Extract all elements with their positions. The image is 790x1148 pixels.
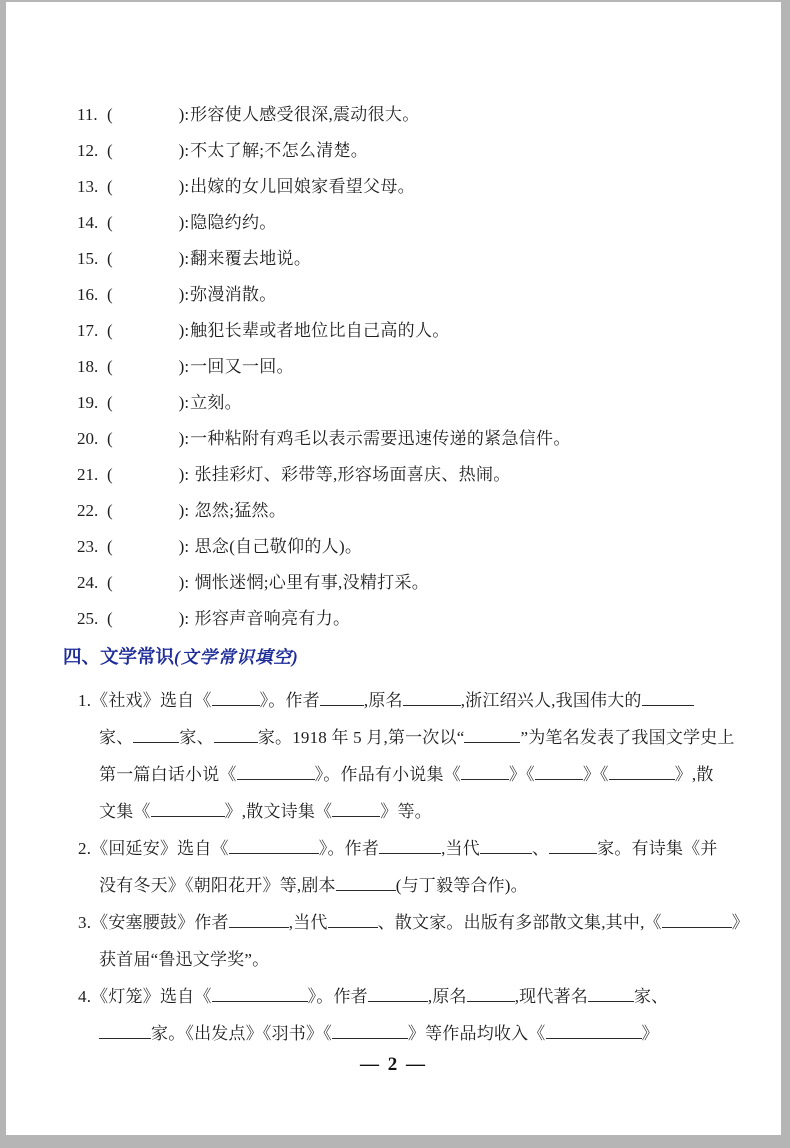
close-paren-colon: ): xyxy=(179,241,189,277)
open-paren: ( xyxy=(107,205,113,241)
answer-blank xyxy=(609,764,675,780)
question-text: 《灯笼》选自《 xyxy=(91,987,211,1006)
definition-item: 23.(): 思念(自己敬仰的人)。 xyxy=(77,529,757,565)
question-number: 2. xyxy=(78,830,91,867)
definition-item: 20.():一种粘附有鸡毛以表示需要迅速传递的紧急信件。 xyxy=(77,421,757,457)
question-text: 》《 xyxy=(509,765,535,784)
definition-text: 形容声音响亮有力。 xyxy=(190,609,350,628)
answer-blank xyxy=(229,838,319,854)
question-line: 没有冬天》《朝阳花开》等,剧本(与丁毅等合作)。 xyxy=(78,867,758,904)
definition-text: 思念(自己敬仰的人)。 xyxy=(190,537,362,556)
answer-blank xyxy=(662,912,732,928)
section-header: 四、文学常识(文学常识填空) xyxy=(63,643,299,669)
answer-blank xyxy=(212,986,308,1002)
answer-blank xyxy=(212,690,260,706)
question-text: 》等作品均收入《 xyxy=(408,1024,546,1043)
definition-item: 14.():隐隐约约。 xyxy=(77,205,757,241)
definition-number: 25. xyxy=(77,601,107,637)
question-text: 》等。 xyxy=(380,802,432,821)
answer-blank xyxy=(588,986,634,1002)
answer-blank xyxy=(237,764,315,780)
definition-item: 17.():触犯长辈或者地位比自己高的人。 xyxy=(77,313,757,349)
open-paren: ( xyxy=(107,349,113,385)
question-text: ,原名 xyxy=(364,691,403,710)
question-text: 家。《出发点》《羽书》《 xyxy=(151,1024,332,1043)
definition-text: 立刻。 xyxy=(190,393,242,412)
question-line: 获首届“鲁迅文学奖”。 xyxy=(78,941,758,978)
question-text: 家、 xyxy=(634,987,668,1006)
question-line: 2.《回延安》选自《》。作者,当代、家。有诗集《并 xyxy=(78,830,758,867)
question-line: 3.《安塞腰鼓》作者,当代、散文家。出版有多部散文集,其中,《》 xyxy=(78,904,758,941)
open-paren: ( xyxy=(107,241,113,277)
question-number: 4. xyxy=(78,978,91,1015)
section-title: 四、文学常识 xyxy=(63,648,174,668)
question-text: 》。作者 xyxy=(260,691,320,710)
question-text: 》,散 xyxy=(675,765,714,784)
question-line: 文集《》,散文诗集《》等。 xyxy=(78,793,758,830)
answer-blank xyxy=(549,838,597,854)
close-paren-colon: ): xyxy=(179,277,189,313)
question-text: 《社戏》选自《 xyxy=(91,691,211,710)
close-paren-colon: ): xyxy=(179,169,189,205)
definition-item: 16.():弥漫消散。 xyxy=(77,277,757,313)
answer-blank xyxy=(464,727,520,743)
answer-blank xyxy=(328,912,378,928)
open-paren: ( xyxy=(107,565,113,601)
page-number-text: — 2 — xyxy=(360,1054,427,1075)
question-text: (与丁毅等合作)。 xyxy=(396,876,528,895)
definition-text: 翻来覆去地说。 xyxy=(190,249,311,268)
definition-number: 18. xyxy=(77,349,107,385)
question-number: 1. xyxy=(78,682,91,719)
answer-blank xyxy=(642,690,694,706)
answer-blank xyxy=(480,838,532,854)
definition-item: 21.(): 张挂彩灯、彩带等,形容场面喜庆、热闹。 xyxy=(77,457,757,493)
question-text: 没有冬天》《朝阳花开》等,剧本 xyxy=(99,876,336,895)
answer-blank xyxy=(336,875,396,891)
answer-blank xyxy=(535,764,583,780)
definition-number: 21. xyxy=(77,457,107,493)
close-paren-colon: ): xyxy=(179,457,189,493)
question-text: 》。作品有小说集《 xyxy=(315,765,461,784)
definition-number: 11. xyxy=(77,97,107,133)
definition-number: 17. xyxy=(77,313,107,349)
page-number: — 2 — xyxy=(6,1054,781,1076)
question-text: ,现代著名 xyxy=(515,987,588,1006)
definition-number: 20. xyxy=(77,421,107,457)
answer-blank xyxy=(546,1023,642,1039)
definition-number: 16. xyxy=(77,277,107,313)
definition-item: 11.():形容使人感受很深,震动很大。 xyxy=(77,97,757,133)
answer-blank xyxy=(332,801,380,817)
definition-number: 13. xyxy=(77,169,107,205)
answer-blank xyxy=(461,764,509,780)
open-paren: ( xyxy=(107,97,113,133)
definitions-list: 11.():形容使人感受很深,震动很大。12.():不太了解;不怎么清楚。13.… xyxy=(77,97,757,637)
questions-list: 1.《社戏》选自《》。作者,原名,浙江绍兴人,我国伟大的家、家、家。1918 年… xyxy=(78,682,758,1052)
answer-blank xyxy=(229,912,289,928)
answer-blank xyxy=(99,1023,151,1039)
close-paren-colon: ): xyxy=(179,601,189,637)
open-paren: ( xyxy=(107,277,113,313)
open-paren: ( xyxy=(107,493,113,529)
close-paren-colon: ): xyxy=(179,421,189,457)
answer-blank xyxy=(133,727,179,743)
question-text: ,当代 xyxy=(289,913,328,932)
question-text: 》。作者 xyxy=(319,839,379,858)
question-text: 》,散文诗集《 xyxy=(225,802,333,821)
close-paren-colon: ): xyxy=(179,97,189,133)
definition-item: 22.(): 忽然;猛然。 xyxy=(77,493,757,529)
definition-item: 15.():翻来覆去地说。 xyxy=(77,241,757,277)
close-paren-colon: ): xyxy=(179,565,189,601)
question-text: ”为笔名发表了我国文学史上 xyxy=(520,728,734,747)
question-text: 家。1918 年 5 月,第一次以“ xyxy=(258,728,465,747)
question-text: 家。有诗集《并 xyxy=(597,839,717,858)
definition-number: 14. xyxy=(77,205,107,241)
question-text: 》《 xyxy=(583,765,609,784)
question-line: 1.《社戏》选自《》。作者,原名,浙江绍兴人,我国伟大的 xyxy=(78,682,758,719)
definition-number: 24. xyxy=(77,565,107,601)
question-line: 4.《灯笼》选自《》。作者,原名,现代著名家、 xyxy=(78,978,758,1015)
question-text: 家、 xyxy=(99,728,133,747)
answer-blank xyxy=(368,986,428,1002)
definition-item: 13.():出嫁的女儿回娘家看望父母。 xyxy=(77,169,757,205)
question-number: 3. xyxy=(78,904,91,941)
close-paren-colon: ): xyxy=(179,385,189,421)
definition-item: 18.():一回又一回。 xyxy=(77,349,757,385)
question-line: 家。《出发点》《羽书》《》等作品均收入《》 xyxy=(78,1015,758,1052)
question-text: ,原名 xyxy=(428,987,467,1006)
open-paren: ( xyxy=(107,421,113,457)
answer-blank xyxy=(214,727,258,743)
section-subtitle: (文学常识填空) xyxy=(174,647,299,667)
definition-text: 一种粘附有鸡毛以表示需要迅速传递的紧急信件。 xyxy=(190,429,571,448)
definition-text: 忽然;猛然。 xyxy=(190,501,286,520)
question-text: 、散文家。出版有多部散文集,其中,《 xyxy=(378,913,662,932)
question-text: ,浙江绍兴人,我国伟大的 xyxy=(461,691,642,710)
question-text: 文集《 xyxy=(99,802,151,821)
definition-item: 25.(): 形容声音响亮有力。 xyxy=(77,601,757,637)
close-paren-colon: ): xyxy=(179,349,189,385)
question-text: 》。作者 xyxy=(308,987,368,1006)
open-paren: ( xyxy=(107,313,113,349)
close-paren-colon: ): xyxy=(179,133,189,169)
question-text: 》 xyxy=(732,913,749,932)
answer-blank xyxy=(332,1023,408,1039)
open-paren: ( xyxy=(107,457,113,493)
definition-number: 15. xyxy=(77,241,107,277)
question-line: 家、家、家。1918 年 5 月,第一次以“”为笔名发表了我国文学史上 xyxy=(78,719,758,756)
definition-text: 一回又一回。 xyxy=(190,357,294,376)
definition-number: 22. xyxy=(77,493,107,529)
close-paren-colon: ): xyxy=(179,493,189,529)
question-line: 第一篇白话小说《》。作品有小说集《》《》《》,散 xyxy=(78,756,758,793)
question-text: 》 xyxy=(642,1024,659,1043)
open-paren: ( xyxy=(107,529,113,565)
definition-text: 隐隐约约。 xyxy=(190,213,277,232)
close-paren-colon: ): xyxy=(179,205,189,241)
worksheet-page: 11.():形容使人感受很深,震动很大。12.():不太了解;不怎么清楚。13.… xyxy=(6,2,781,1135)
question-text: 第一篇白话小说《 xyxy=(99,765,237,784)
definition-text: 张挂彩灯、彩带等,形容场面喜庆、热闹。 xyxy=(190,465,511,484)
question-text: ,当代 xyxy=(441,839,480,858)
answer-blank xyxy=(379,838,441,854)
question-text: 、 xyxy=(532,839,549,858)
definition-number: 23. xyxy=(77,529,107,565)
definition-item: 12.():不太了解;不怎么清楚。 xyxy=(77,133,757,169)
definition-text: 惆怅迷惘;心里有事,没精打采。 xyxy=(190,573,429,592)
definition-text: 形容使人感受很深,震动很大。 xyxy=(190,105,419,124)
definition-text: 弥漫消散。 xyxy=(190,285,277,304)
answer-blank xyxy=(467,986,515,1002)
question-text: 家、 xyxy=(179,728,213,747)
open-paren: ( xyxy=(107,601,113,637)
question-text: 《安塞腰鼓》作者 xyxy=(91,913,229,932)
definition-item: 24.(): 惆怅迷惘;心里有事,没精打采。 xyxy=(77,565,757,601)
definition-text: 不太了解;不怎么清楚。 xyxy=(190,141,368,160)
definition-item: 19.():立刻。 xyxy=(77,385,757,421)
answer-blank xyxy=(403,690,461,706)
definition-text: 触犯长辈或者地位比自己高的人。 xyxy=(190,321,450,340)
open-paren: ( xyxy=(107,169,113,205)
answer-blank xyxy=(320,690,364,706)
definition-number: 12. xyxy=(77,133,107,169)
close-paren-colon: ): xyxy=(179,529,189,565)
definition-number: 19. xyxy=(77,385,107,421)
close-paren-colon: ): xyxy=(179,313,189,349)
open-paren: ( xyxy=(107,385,113,421)
answer-blank xyxy=(151,801,225,817)
question-text: 获首届“鲁迅文学奖”。 xyxy=(99,950,269,969)
open-paren: ( xyxy=(107,133,113,169)
question-text: 《回延安》选自《 xyxy=(91,839,229,858)
definition-text: 出嫁的女儿回娘家看望父母。 xyxy=(190,177,415,196)
